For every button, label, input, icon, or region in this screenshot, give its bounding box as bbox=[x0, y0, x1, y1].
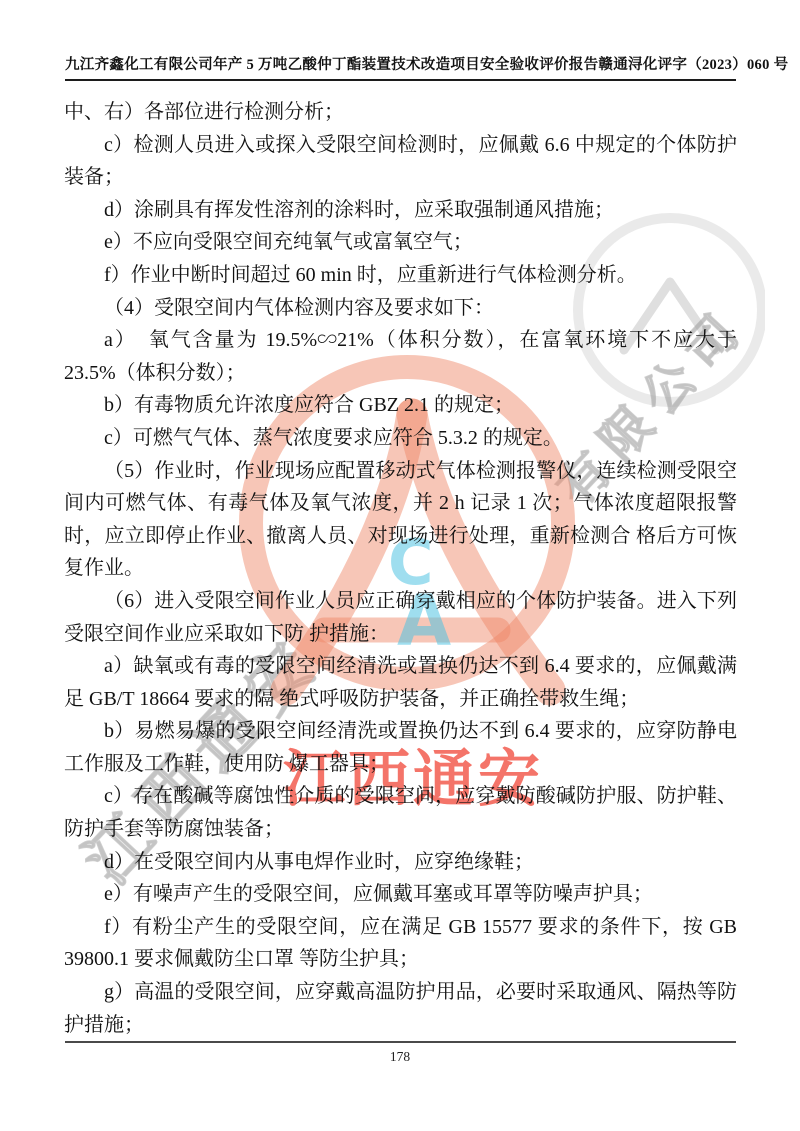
footer-divider bbox=[65, 1041, 736, 1043]
body-paragraph: （5）作业时，作业现场应配置移动式气体检测报警仪，连续检测受限空间内可燃气体、有… bbox=[64, 455, 737, 585]
document-body: 中、右）各部位进行检测分析；c）检测人员进入或探入受限空间检测时，应佩戴 6.6… bbox=[64, 96, 737, 1041]
header-document-number: 赣通浔化评字（2023）060 号 bbox=[598, 53, 788, 74]
body-paragraph: f）作业中断时间超过 60 min 时，应重新进行气体检测分析。 bbox=[64, 259, 737, 292]
body-paragraph: d）在受限空间内从事电焊作业时，应穿绝缘鞋； bbox=[64, 846, 737, 879]
header-report-title: 九江齐鑫化工有限公司年产 5 万吨乙酸仲丁酯装置技术改造项目安全验收评价报告 bbox=[65, 53, 598, 74]
body-paragraph: （6）进入受限空间作业人员应正确穿戴相应的个体防护装备。进入下列受限空间作业应采… bbox=[64, 585, 737, 650]
body-paragraph: 中、右）各部位进行检测分析； bbox=[64, 96, 737, 129]
body-paragraph: d）涂刷具有挥发性溶剂的涂料时，应采取强制通风措施； bbox=[64, 194, 737, 227]
body-paragraph: e）不应向受限空间充纯氧气或富氧空气； bbox=[64, 226, 737, 259]
page-header: 九江齐鑫化工有限公司年产 5 万吨乙酸仲丁酯装置技术改造项目安全验收评价报告 赣… bbox=[65, 53, 736, 81]
body-paragraph: c）存在酸碱等腐蚀性介质的受限空间，应穿戴防酸碱防护服、防护鞋、防护手套等防腐蚀… bbox=[64, 780, 737, 845]
body-paragraph: g）高温的受限空间，应穿戴高温防护用品，必要时采取通风、隔热等防护措施； bbox=[64, 976, 737, 1041]
body-paragraph: e）有噪声产生的受限空间，应佩戴耳塞或耳罩等防噪声护具； bbox=[64, 878, 737, 911]
document-page: { "page": { "header": { "left": "九江齐鑫化工有… bbox=[0, 0, 800, 1131]
page-number: 178 bbox=[0, 1049, 800, 1065]
body-paragraph: b）有毒物质允许浓度应符合 GBZ 2.1 的规定； bbox=[64, 389, 737, 422]
body-paragraph: b）易燃易爆的受限空间经清洗或置换仍达不到 6.4 要求的，应穿防静电工作服及工… bbox=[64, 715, 737, 780]
body-paragraph: f）有粉尘产生的受限空间，应在满足 GB 15577 要求的条件下，按 GB 3… bbox=[64, 911, 737, 976]
body-paragraph: a） 氧气含量为 19.5%∽21%（体积分数），在富氧环境下不应大于 23.5… bbox=[64, 324, 737, 389]
body-paragraph: c）可燃气气体、蒸气浓度要求应符合 5.3.2 的规定。 bbox=[64, 422, 737, 455]
body-paragraph: （4）受限空间内气体检测内容及要求如下： bbox=[64, 292, 737, 325]
body-paragraph: c）检测人员进入或探入受限空间检测时，应佩戴 6.6 中规定的个体防护装备； bbox=[64, 129, 737, 194]
body-paragraph: a）缺氧或有毒的受限空间经清洗或置换仍达不到 6.4 要求的，应佩戴满足 GB/… bbox=[64, 650, 737, 715]
